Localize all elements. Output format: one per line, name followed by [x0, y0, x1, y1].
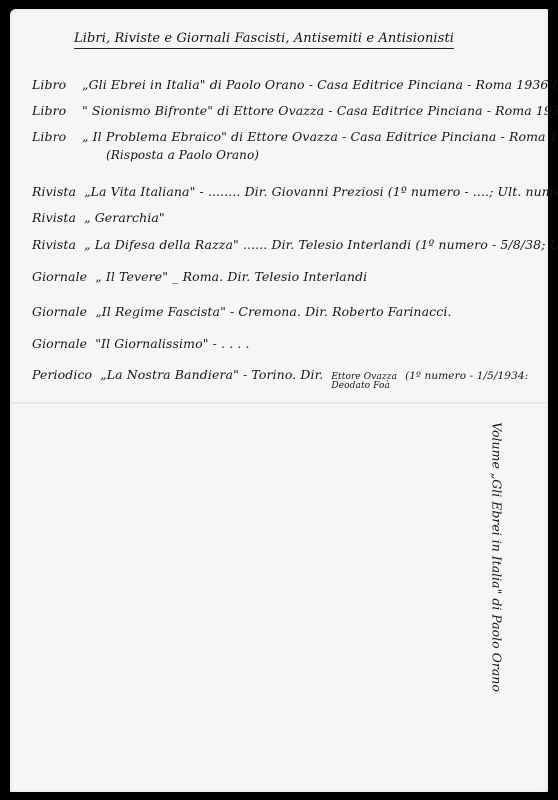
entry-kind: Libro — [32, 77, 74, 92]
margin-note: Volume „Gli Ebrei in Italia" di Paolo Or… — [490, 422, 505, 692]
entry-text: „Gli Ebrei in Italia" di Paolo Orano - C… — [82, 77, 558, 92]
list-item: Libro „Gli Ebrei in Italia" di Paolo Ora… — [32, 77, 558, 92]
list-item: Rivista „ Gerarchia" — [32, 210, 165, 225]
entry-text: „ Il Problema Ebraico" di Ettore Ovazza … — [82, 129, 558, 144]
entry-kind: Rivista — [32, 237, 76, 252]
entry-subtext: (Risposta a Paolo Orano) — [106, 148, 259, 162]
entry-kind: Libro — [32, 103, 74, 118]
entry-kind: Giornale — [32, 304, 87, 319]
entry-kind: Giornale — [32, 336, 87, 351]
entry-tail: (1º numero - 1/5/1934: — [405, 370, 528, 382]
entry-text: „La Vita Italiana" - ........ Dir. Giova… — [84, 184, 558, 199]
director-name: Deodato Foà — [331, 382, 397, 391]
entry-text: „ La Difesa della Razza" ...... Dir. Tel… — [84, 237, 558, 252]
entry-text: „La Nostra Bandiera" - Torino. Dir. — [100, 367, 323, 382]
list-item: Libro " Sionismo Bifronte" di Ettore Ova… — [32, 103, 558, 118]
page-title: Libri, Riviste e Giornali Fascisti, Anti… — [74, 31, 454, 49]
entry-kind: Periodico — [32, 367, 92, 382]
list-item: Giornale „Il Regime Fascista" - Cremona.… — [32, 304, 452, 319]
entry-text: „Il Regime Fascista" - Cremona. Dir. Rob… — [95, 304, 451, 319]
list-item: Periodico „La Nostra Bandiera" - Torino.… — [32, 367, 528, 391]
entry-text: " Sionismo Bifronte" di Ettore Ovazza - … — [82, 103, 558, 118]
entry-kind: Rivista — [32, 184, 76, 199]
entry-directors: Ettore Ovazza Deodato Foà — [331, 373, 397, 391]
list-item: Rivista „ La Difesa della Razza" ...... … — [32, 237, 558, 252]
entry-kind: Libro — [32, 129, 74, 144]
list-item: Giornale „ Il Tevere" _ Roma. Dir. Teles… — [32, 269, 367, 284]
entry-text: "Il Giornalissimo" - . . . . — [95, 336, 249, 351]
entry-text: „ Il Tevere" _ Roma. Dir. Telesio Interl… — [95, 269, 367, 284]
document-page: Libri, Riviste e Giornali Fascisti, Anti… — [10, 9, 548, 792]
fold-line — [10, 402, 548, 404]
entry-kind: Giornale — [32, 269, 87, 284]
entry-text: „ Gerarchia" — [84, 210, 165, 225]
list-item: Rivista „La Vita Italiana" - ........ Di… — [32, 184, 558, 199]
list-item: Libro „ Il Problema Ebraico" di Ettore O… — [32, 129, 558, 144]
entry-kind: Rivista — [32, 210, 76, 225]
list-item: Giornale "Il Giornalissimo" - . . . . — [32, 336, 250, 351]
